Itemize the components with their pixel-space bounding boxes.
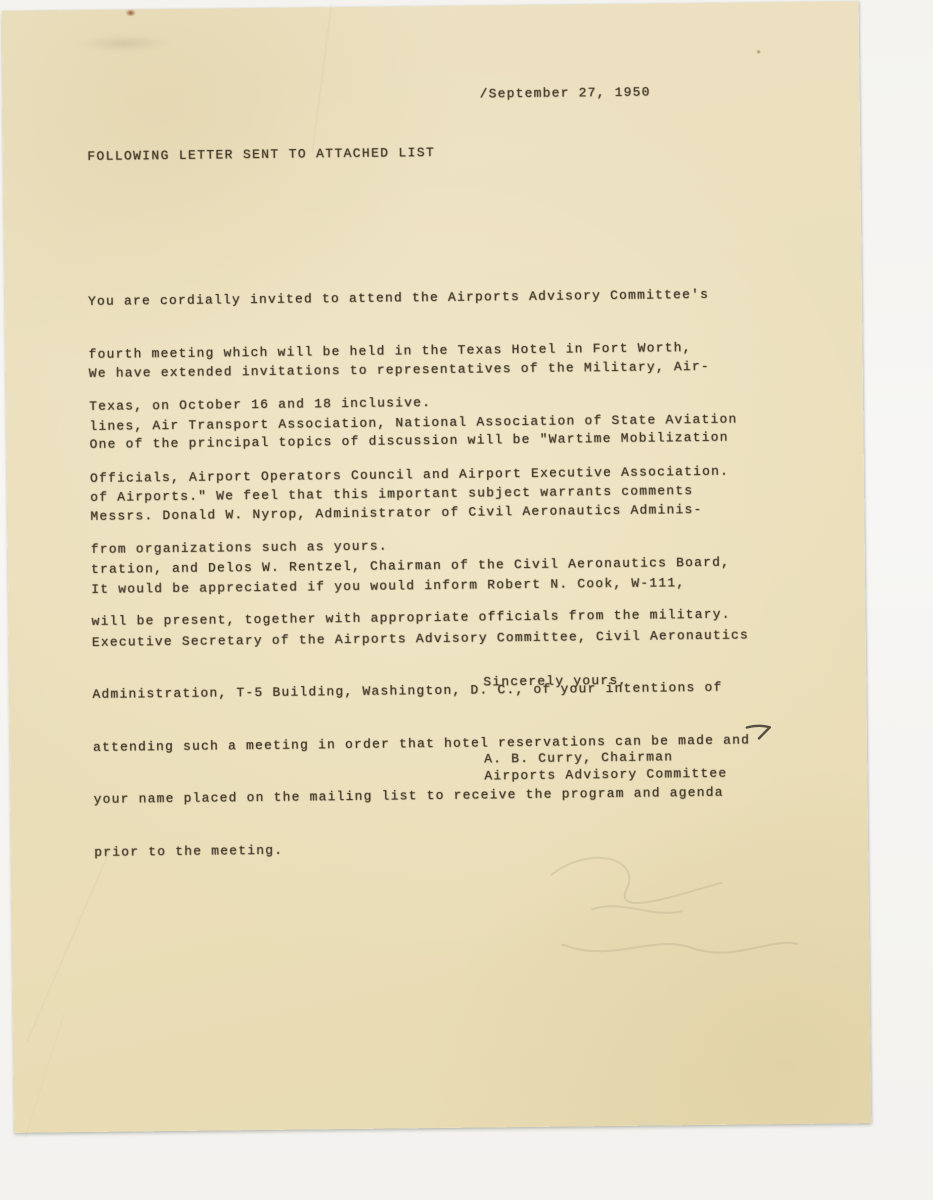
- signature-org-line: Airports Advisory Committee: [484, 765, 727, 785]
- paragraph-line: One of the principal topics of discussio…: [89, 429, 728, 454]
- fold-crease-bottom-left-2: [24, 1013, 65, 1138]
- paragraph-line: It would be appreciated if you would inf…: [91, 573, 748, 598]
- paragraph-5: It would be appreciated if you would inf…: [91, 538, 752, 895]
- distribution-note: FOLLOWING LETTER SENT TO ATTACHED LIST: [87, 144, 435, 165]
- brown-dot-speck: [756, 49, 761, 54]
- paragraph-line: Messrs. Donald W. Nyrop, Administrator o…: [90, 501, 729, 526]
- paragraph-line: Executive Secretary of the Airports Advi…: [92, 626, 749, 651]
- paragraph-line: You are cordially invited to attend the …: [88, 286, 709, 311]
- scanner-background: /September 27, 1950 FOLLOWING LETTER SEN…: [0, 0, 933, 1200]
- paragraph-line: We have extended invitations to represen…: [89, 358, 737, 383]
- letter-page: /September 27, 1950 FOLLOWING LETTER SEN…: [2, 1, 872, 1133]
- top-left-smudge: [77, 35, 172, 52]
- paragraph-line: your name placed on the mailing list to …: [94, 783, 751, 808]
- red-ink-speck: [126, 9, 136, 16]
- fold-crease-top: [311, 4, 333, 153]
- paragraph-line: prior to the meeting.: [94, 836, 751, 861]
- closing-line: Sincerely yours,: [483, 672, 627, 691]
- paragraph-line: Administration, T-5 Building, Washington…: [92, 678, 749, 703]
- date-line: /September 27, 1950: [480, 84, 651, 103]
